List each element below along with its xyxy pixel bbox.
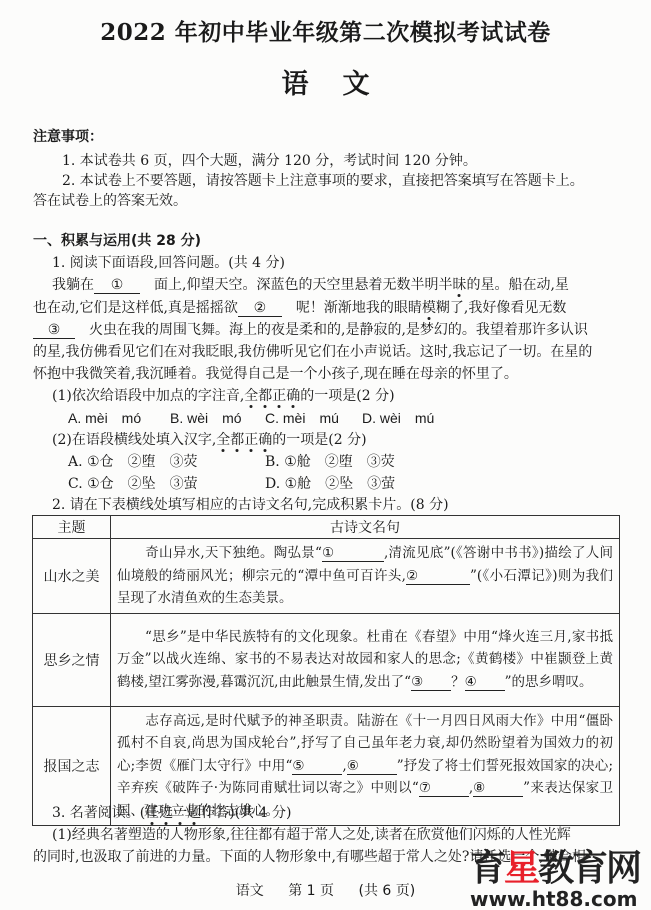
emphasis-char: 选: [159, 805, 173, 821]
watermark-char: 育: [470, 848, 504, 889]
prompt-text: 作答)(共 4 分): [201, 805, 291, 821]
watermark-logo-text: 育星教育网: [470, 850, 648, 888]
notice-item-1: 1. 本试卷共 6 页，四个大题，满分 120 分，考试时间 120 分钟。: [62, 152, 477, 170]
q1-sub2-option-a: A. ①仓 ②堕 ③荧: [68, 453, 198, 471]
emphasis-chars: 任选一题: [145, 805, 201, 821]
table-row: 山水之美 奇山异水,天下独绝。陶弘景“①,清流见底”(《答谢中书书》)描绘了人间…: [33, 539, 620, 614]
q1-sub1-option-b: B. wèi mó: [170, 409, 242, 427]
passage-line-1: 我躺在① 面上,仰望天空。深蓝色的天空里悬着无数半明半昧的星。船在动,星: [52, 276, 569, 294]
emphasis-char: 正: [272, 388, 286, 404]
blank-2: ②: [406, 568, 470, 585]
blank-2: ②: [238, 300, 282, 317]
prompt-text: 的一项是(2 分): [272, 432, 366, 448]
prompt-text: (1)依次给语段中加点的字注音,: [52, 388, 244, 404]
q3-sub1-line-1: (1)经典名著塑造的人物形象,往往都有超于常人之处,读者在欣赏他们闪烁的人性光辉: [52, 826, 571, 844]
exam-title: 2022 年初中毕业年级第二次模拟考试试卷: [0, 14, 651, 47]
footer-total-pages: (共 6 页): [358, 883, 415, 899]
section-1-heading: 一、积累与运用(共 28 分): [33, 232, 201, 250]
q1-sub1-option-a: A. mèi mó: [68, 409, 141, 427]
subject-title: 语文: [0, 62, 651, 101]
topic-cell: 山水之美: [33, 539, 111, 614]
passage-line-4: 的星,我仿佛看见它们在对我眨眼,我仿佛听见它们在小声说话。这时,我忘记了一切。在…: [33, 343, 592, 361]
accumulation-card-table: 主题 古诗文名句 山水之美 奇山异水,天下独绝。陶弘景“①,清流见底”(《答谢中…: [32, 515, 620, 826]
q1-sub2-prompt: (2)在语段横线处填入汉字,全都正确的一项是(2 分): [52, 431, 367, 449]
emphasis-char: 全: [244, 388, 258, 404]
table-header-row: 主题 古诗文名句: [33, 516, 620, 539]
emphasis-char: 一: [173, 805, 187, 821]
topic-cell: 思乡之情: [33, 613, 111, 706]
blank-4: ④: [465, 674, 505, 691]
blank-1: ①: [94, 277, 140, 294]
passage-text: 的星。船在动,星: [466, 277, 568, 293]
site-watermark: 育星教育网 www.ht88.com: [470, 850, 648, 910]
emphasis-char: 都: [230, 432, 244, 448]
prompt-text: 3. 名著阅读。(: [52, 805, 145, 821]
blank-3: ③: [33, 322, 75, 339]
emphasis-char: 确: [258, 432, 272, 448]
cell-text: ”的思乡喟叹。: [505, 674, 593, 690]
notice-item-2: 2. 本试卷上不要答题，请按答题卡上注意事项的要求，直接把答案填写在答题卡上。: [62, 172, 584, 190]
blank-8: ⑧: [473, 780, 523, 797]
watermark-star-char: 星: [504, 848, 538, 889]
q1-sub1-prompt: (1)依次给语段中加点的字注音,全都正确的一项是(2 分): [52, 387, 395, 405]
watermark-char: 教育网: [538, 848, 640, 889]
passage-text: 呢！渐渐地我的眼睛: [296, 300, 422, 316]
footer-page-number: 第 1 页: [288, 883, 334, 899]
emphasis-char: 都: [258, 388, 272, 404]
q1-sub2-option-b: B. ①舱 ②堕 ③荧: [265, 453, 395, 471]
passage-line-2: 也在动,它们是这样低,真是摇摇欲② 呢！渐渐地我的眼睛模糊了,我好像看见无数: [33, 299, 566, 317]
quote-cell: “思乡”是中华民族特有的文化现象。杜甫在《春望》中用“烽火连三月,家书抵万金”以…: [111, 613, 620, 706]
emphasis-chars: 全都正确: [216, 432, 272, 448]
table-row: 思乡之情 “思乡”是中华民族特有的文化现象。杜甫在《春望》中用“烽火连三月,家书…: [33, 613, 620, 706]
emphasis-chars: 全都正确: [244, 388, 300, 404]
q1-prompt: 1. 阅读下面语段,回答问题。(共 4 分): [52, 254, 285, 272]
blank-7: ⑦: [419, 780, 469, 797]
emphasis-char: 题: [187, 805, 201, 821]
blank-3: ③: [411, 674, 451, 691]
emphasis-text: 任选一题: [145, 805, 201, 821]
passage-line-3: ③ 火虫在我的周围飞舞。海上的夜是柔和的,是静寂的,是梦幻的。我望着那许多认识: [33, 321, 588, 339]
q1-sub1-option-d: D. wèi mú: [362, 409, 434, 427]
cell-text: ？: [451, 674, 465, 690]
emphasis-text: 全都正确: [244, 388, 300, 404]
footer-subject: 语文: [236, 883, 264, 899]
notice-item-2-cont: 答在试卷上的答案无效。: [33, 192, 187, 210]
passage-text: 糊了,我好像看见无数: [436, 300, 566, 316]
q1-sub2-option-c: C. ①仓 ②坠 ③萤: [68, 475, 198, 493]
column-header-topic: 主题: [33, 516, 111, 539]
blank-6: ⑥: [347, 758, 397, 775]
watermark-url: www.ht88.com: [470, 888, 648, 910]
quote-cell: 奇山异水,天下独绝。陶弘景“①,清流见底”(《答谢中书书》)描绘了人间仙境般的绮…: [111, 539, 620, 614]
q1-sub2-option-d: D. ①舱 ②坠 ③萤: [265, 475, 395, 493]
column-header-quotes: 古诗文名句: [111, 516, 620, 539]
emphasis-char: 正: [244, 432, 258, 448]
emphasis-char: 任: [145, 805, 159, 821]
emphasis-text: 全都正确: [216, 432, 272, 448]
prompt-text: (2)在语段横线处填入汉字,: [52, 432, 216, 448]
passage-text: 火虫在我的周围飞舞。海上的夜是柔和的,是静寂的,是梦幻的。我望着那许多认识: [89, 322, 588, 338]
prompt-text: 的一项是(2 分): [300, 388, 394, 404]
passage-text: 也在动,它们是这样低,真是摇摇欲: [33, 300, 238, 316]
passage-text: 面上,仰望天空。深蓝色的天空里悬着无数半明半: [154, 277, 452, 293]
emphasis-char: 模: [422, 300, 436, 316]
q1-sub1-option-c: C. mèi mú: [265, 409, 339, 427]
emphasis-char: 全: [216, 432, 230, 448]
q2-prompt: 2. 请在下表横线处填写相应的古诗文名句,完成积累卡片。(8 分): [52, 496, 449, 514]
blank-5: ⑤: [292, 758, 342, 775]
emphasis-char: 昧: [452, 277, 466, 293]
q3-prompt: 3. 名著阅读。(任选一题作答)(共 4 分): [52, 804, 291, 822]
blank-1: ①: [322, 545, 384, 562]
cell-text: 奇山异水,天下独绝。陶弘景“: [145, 545, 322, 561]
notice-heading: 注意事项：: [33, 128, 103, 146]
passage-line-5: 怀抱中我微笑着,我沉睡着。我觉得自己是一个小孩子,现在睡在母亲的怀里了。: [33, 365, 518, 383]
passage-text: 我躺在: [52, 277, 94, 293]
emphasis-char: 确: [286, 388, 300, 404]
